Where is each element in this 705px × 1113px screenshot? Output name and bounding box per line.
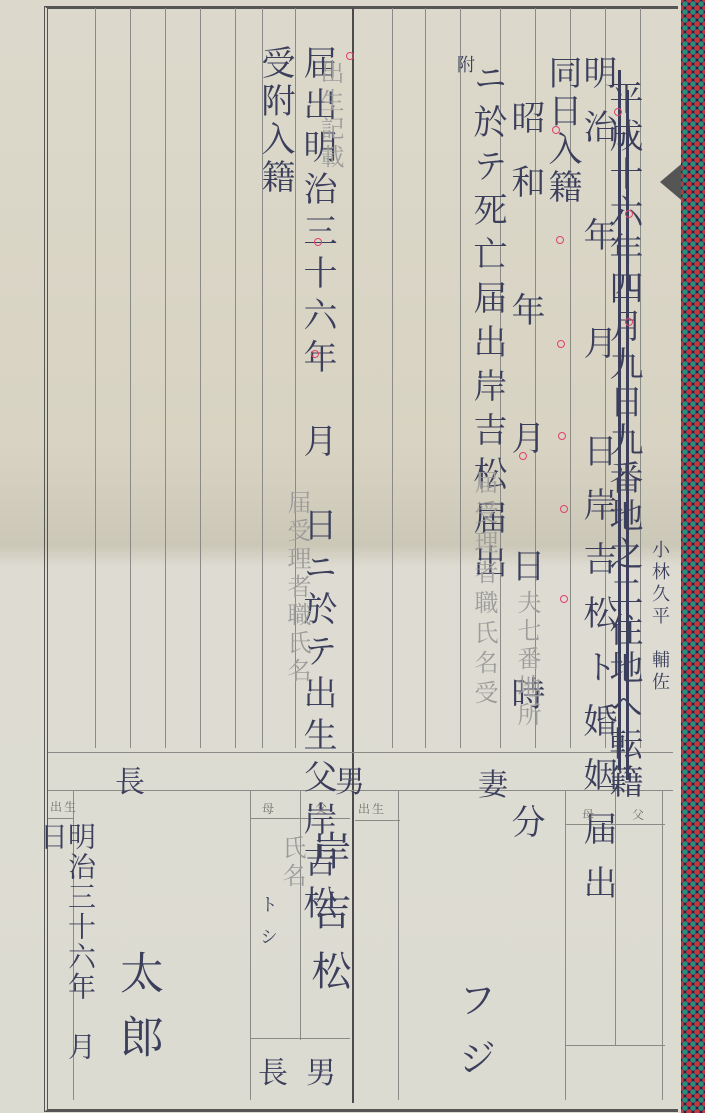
wife-relation-header: 妻 xyxy=(478,760,508,804)
column-rule xyxy=(565,790,566,1100)
son-family-relation: 長男 xyxy=(258,1048,354,1092)
margin-note: 小林久平 輔佐 xyxy=(650,540,668,694)
wife-given-name: フジ xyxy=(455,980,493,1096)
son-relation-header: 長 男 xyxy=(115,757,445,801)
son-given-name: 太郎 xyxy=(115,950,159,1078)
column-rule xyxy=(398,790,399,1100)
son-mother-name: トシ xyxy=(258,895,276,959)
column-rule xyxy=(662,790,663,1100)
red-check-mark xyxy=(552,126,560,134)
birth-label-rule xyxy=(48,818,73,819)
section-divider xyxy=(352,8,354,1103)
red-check-mark xyxy=(614,108,622,116)
red-check-mark xyxy=(558,432,566,440)
column-rule xyxy=(165,8,166,748)
column-rule xyxy=(250,790,251,1100)
red-check-mark xyxy=(519,452,527,460)
background-fabric xyxy=(681,0,705,1113)
column-rule xyxy=(460,8,461,748)
red-check-mark xyxy=(560,595,568,603)
faint-address: 夫七番地所 xyxy=(515,590,539,730)
column-rule xyxy=(392,8,393,748)
red-check-mark xyxy=(314,238,322,246)
red-check-mark xyxy=(560,505,568,513)
attached-mark: 附 xyxy=(455,55,473,77)
faint-receiver-name: 届受理者職氏名 xyxy=(285,490,309,686)
father-label: 父 xyxy=(315,800,329,817)
faint-annotation: 出生記載 xyxy=(318,60,342,172)
same-day-entry: 同日入籍 xyxy=(545,55,579,207)
birth-label: 出生 xyxy=(50,798,78,815)
red-check-mark xyxy=(556,236,564,244)
death-date-entry: 昭和 年 月 日 時 分 xyxy=(508,100,542,868)
birth-label: 出生 xyxy=(358,800,386,817)
birth-label-rule xyxy=(355,820,400,821)
red-check-mark xyxy=(625,318,633,326)
red-check-mark xyxy=(311,350,319,358)
marriage-entry: 明治 年 月 日岸吉松ト婚姻届出 xyxy=(580,55,614,919)
column-rule xyxy=(235,8,236,748)
son-birth-date: 明治三十六年 月 日 xyxy=(38,822,94,1113)
red-check-mark xyxy=(346,52,354,60)
mother-label: 母 xyxy=(262,800,276,817)
adoption-entry: 受附入籍 xyxy=(258,45,292,197)
faint-receiver-name: 届受理者職氏名受 xyxy=(472,470,496,710)
faint-mother-label: 氏名 xyxy=(280,835,304,891)
column-rule xyxy=(200,8,201,748)
mother-label: 母 xyxy=(582,806,596,823)
column-rule xyxy=(425,8,426,748)
red-check-mark xyxy=(625,210,633,218)
column-rule xyxy=(95,8,96,748)
father-label: 父 xyxy=(632,806,646,823)
relation-rule xyxy=(565,1045,665,1046)
red-check-mark xyxy=(557,340,565,348)
column-rule xyxy=(130,8,131,748)
son-father-name: 岸吉松 xyxy=(308,830,348,1010)
